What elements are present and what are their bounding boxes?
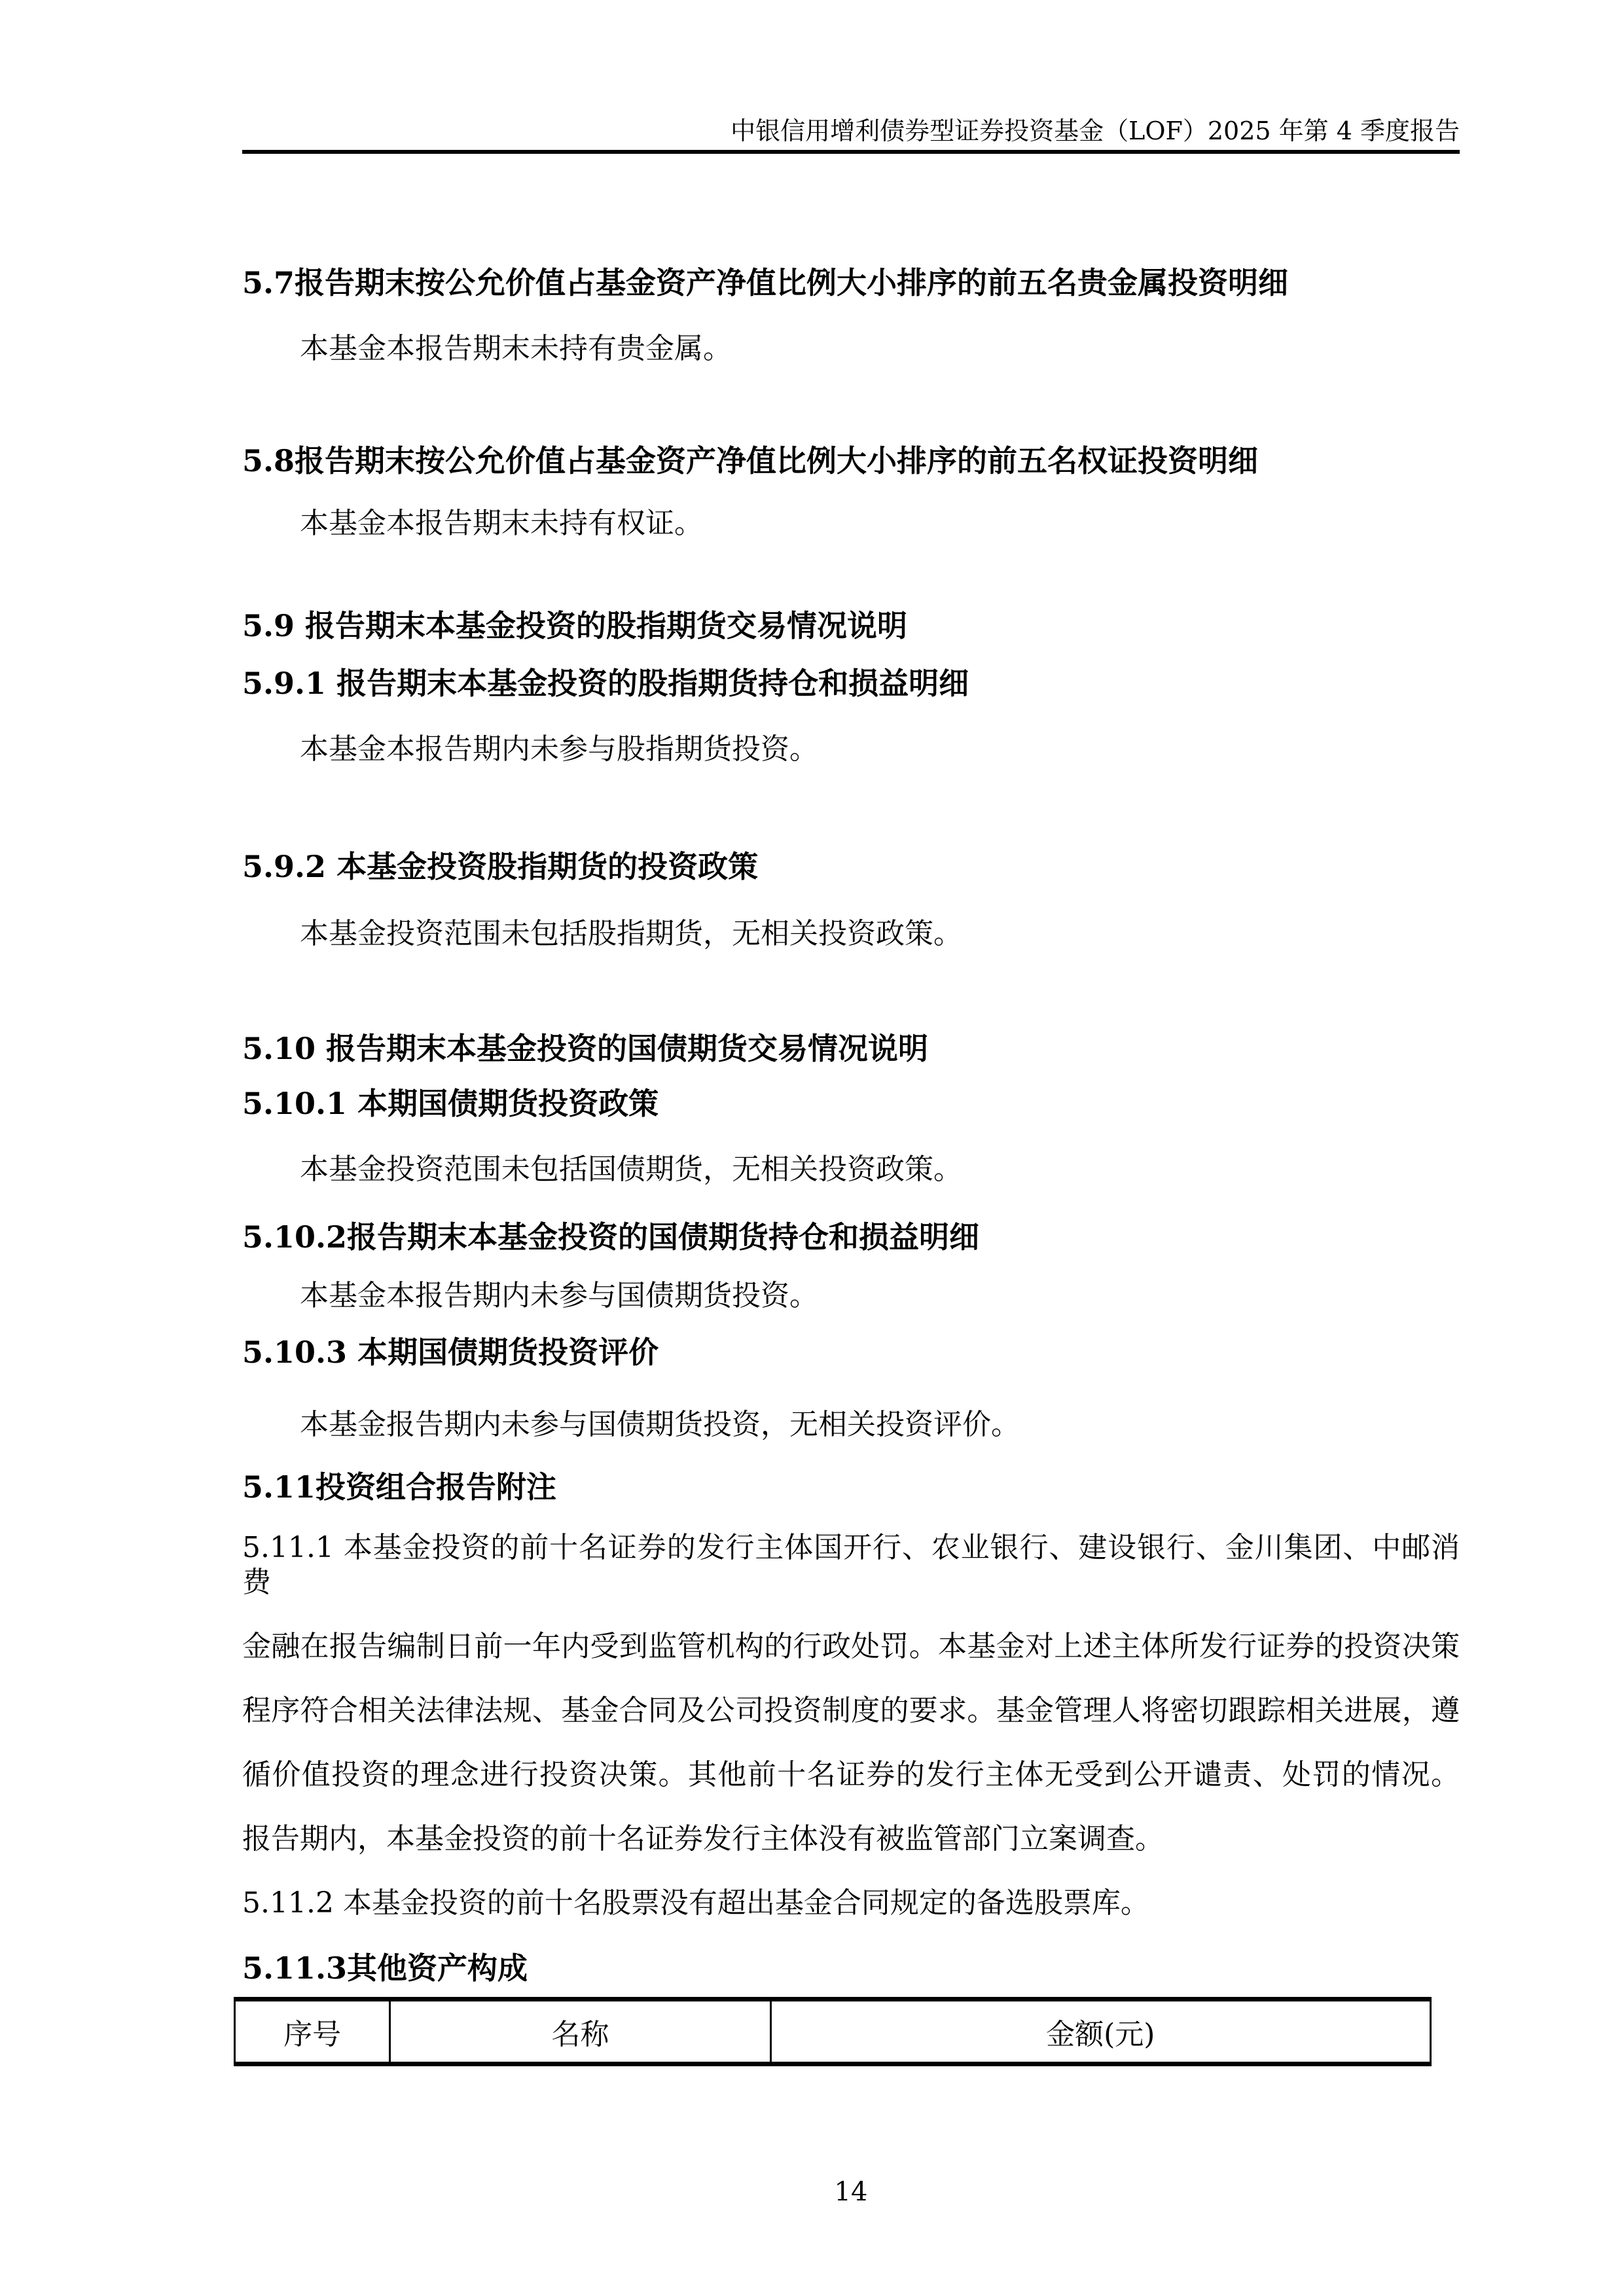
section-heading-5-10-1: 5.10.1 本期国债期货投资政策	[242, 1086, 1460, 1121]
paragraph-line: 循价值投资的理念进行投资决策。其他前十名证券的发行主体无受到公开谴责、处罚的情况…	[242, 1757, 1460, 1792]
section-heading-5-10: 5.10 报告期末本基金投资的国债期货交易情况说明	[242, 1031, 1460, 1066]
table-header-amount: 金额(元)	[770, 2001, 1430, 2062]
section-heading-5-10-3: 5.10.3 本期国债期货投资评价	[242, 1335, 1460, 1370]
paragraph-line: 5.11.1 本基金投资的前十名证券的发行主体国开行、农业银行、建设银行、金川集…	[242, 1530, 1460, 1600]
section-heading-5-11: 5.11投资组合报告附注	[242, 1470, 1460, 1505]
section-text-5-11-2: 5.11.2 本基金投资的前十名股票没有超出基金合同规定的备选股票库。	[242, 1886, 1460, 1920]
section-heading-5-9: 5.9 报告期末本基金投资的股指期货交易情况说明	[242, 609, 1460, 643]
page-header: 中银信用增利债券型证券投资基金（LOF）2025 年第 4 季度报告	[242, 114, 1460, 154]
section-heading-5-9-2: 5.9.2 本基金投资股指期货的投资政策	[242, 850, 1460, 884]
section-heading-5-10-2: 5.10.2报告期末本基金投资的国债期货持仓和损益明细	[242, 1220, 1460, 1255]
section-heading-5-8: 5.8报告期末按公允价值占基金资产净值比例大小排序的前五名权证投资明细	[242, 444, 1460, 478]
section-heading-5-7: 5.7报告期末按公允价值占基金资产净值比例大小排序的前五名贵金属投资明细	[242, 266, 1460, 300]
table-header-name: 名称	[389, 2001, 769, 2062]
section-body-5-10-2: 本基金本报告期内未参与国债期货投资。	[242, 1278, 1460, 1313]
section-heading-5-9-1: 5.9.1 报告期末本基金投资的股指期货持仓和损益明细	[242, 666, 1460, 701]
section-body-5-9-1: 本基金本报告期内未参与股指期货投资。	[242, 732, 1460, 766]
page-number: 14	[835, 2177, 868, 2207]
report-page: 中银信用增利债券型证券投资基金（LOF）2025 年第 4 季度报告 5.7报告…	[0, 0, 1624, 2296]
table-header-seq: 序号	[236, 2001, 389, 2062]
section-heading-5-11-3: 5.11.3其他资产构成	[242, 1951, 1460, 1986]
section-body-5-9-2: 本基金投资范围未包括股指期货，无相关投资政策。	[242, 916, 1460, 951]
page-footer: 14	[242, 2175, 1460, 2210]
page-content: 中银信用增利债券型证券投资基金（LOF）2025 年第 4 季度报告 5.7报告…	[0, 114, 1624, 2210]
section-body-5-8: 本基金本报告期末未持有权证。	[242, 506, 1460, 541]
paragraph-line: 报告期内，本基金投资的前十名证券发行主体没有被监管部门立案调查。	[242, 1821, 1460, 1856]
paragraph-line: 程序符合相关法律法规、基金合同及公司投资制度的要求。基金管理人将密切跟踪相关进展…	[242, 1693, 1460, 1728]
other-assets-table: 序号 名称 金额(元)	[234, 1997, 1432, 2066]
section-body-5-10-3: 本基金报告期内未参与国债期货投资，无相关投资评价。	[242, 1407, 1460, 1442]
section-body-5-10-1: 本基金投资范围未包括国债期货，无相关投资政策。	[242, 1152, 1460, 1187]
section-body-5-7: 本基金本报告期末未持有贵金属。	[242, 331, 1460, 366]
paragraph-line: 金融在报告编制日前一年内受到监管机构的行政处罚。本基金对上述主体所发行证券的投资…	[242, 1629, 1460, 1664]
page-header-title: 中银信用增利债券型证券投资基金（LOF）2025 年第 4 季度报告	[731, 117, 1460, 145]
section-paragraph-5-11-1: 5.11.1 本基金投资的前十名证券的发行主体国开行、农业银行、建设银行、金川集…	[242, 1530, 1460, 1856]
